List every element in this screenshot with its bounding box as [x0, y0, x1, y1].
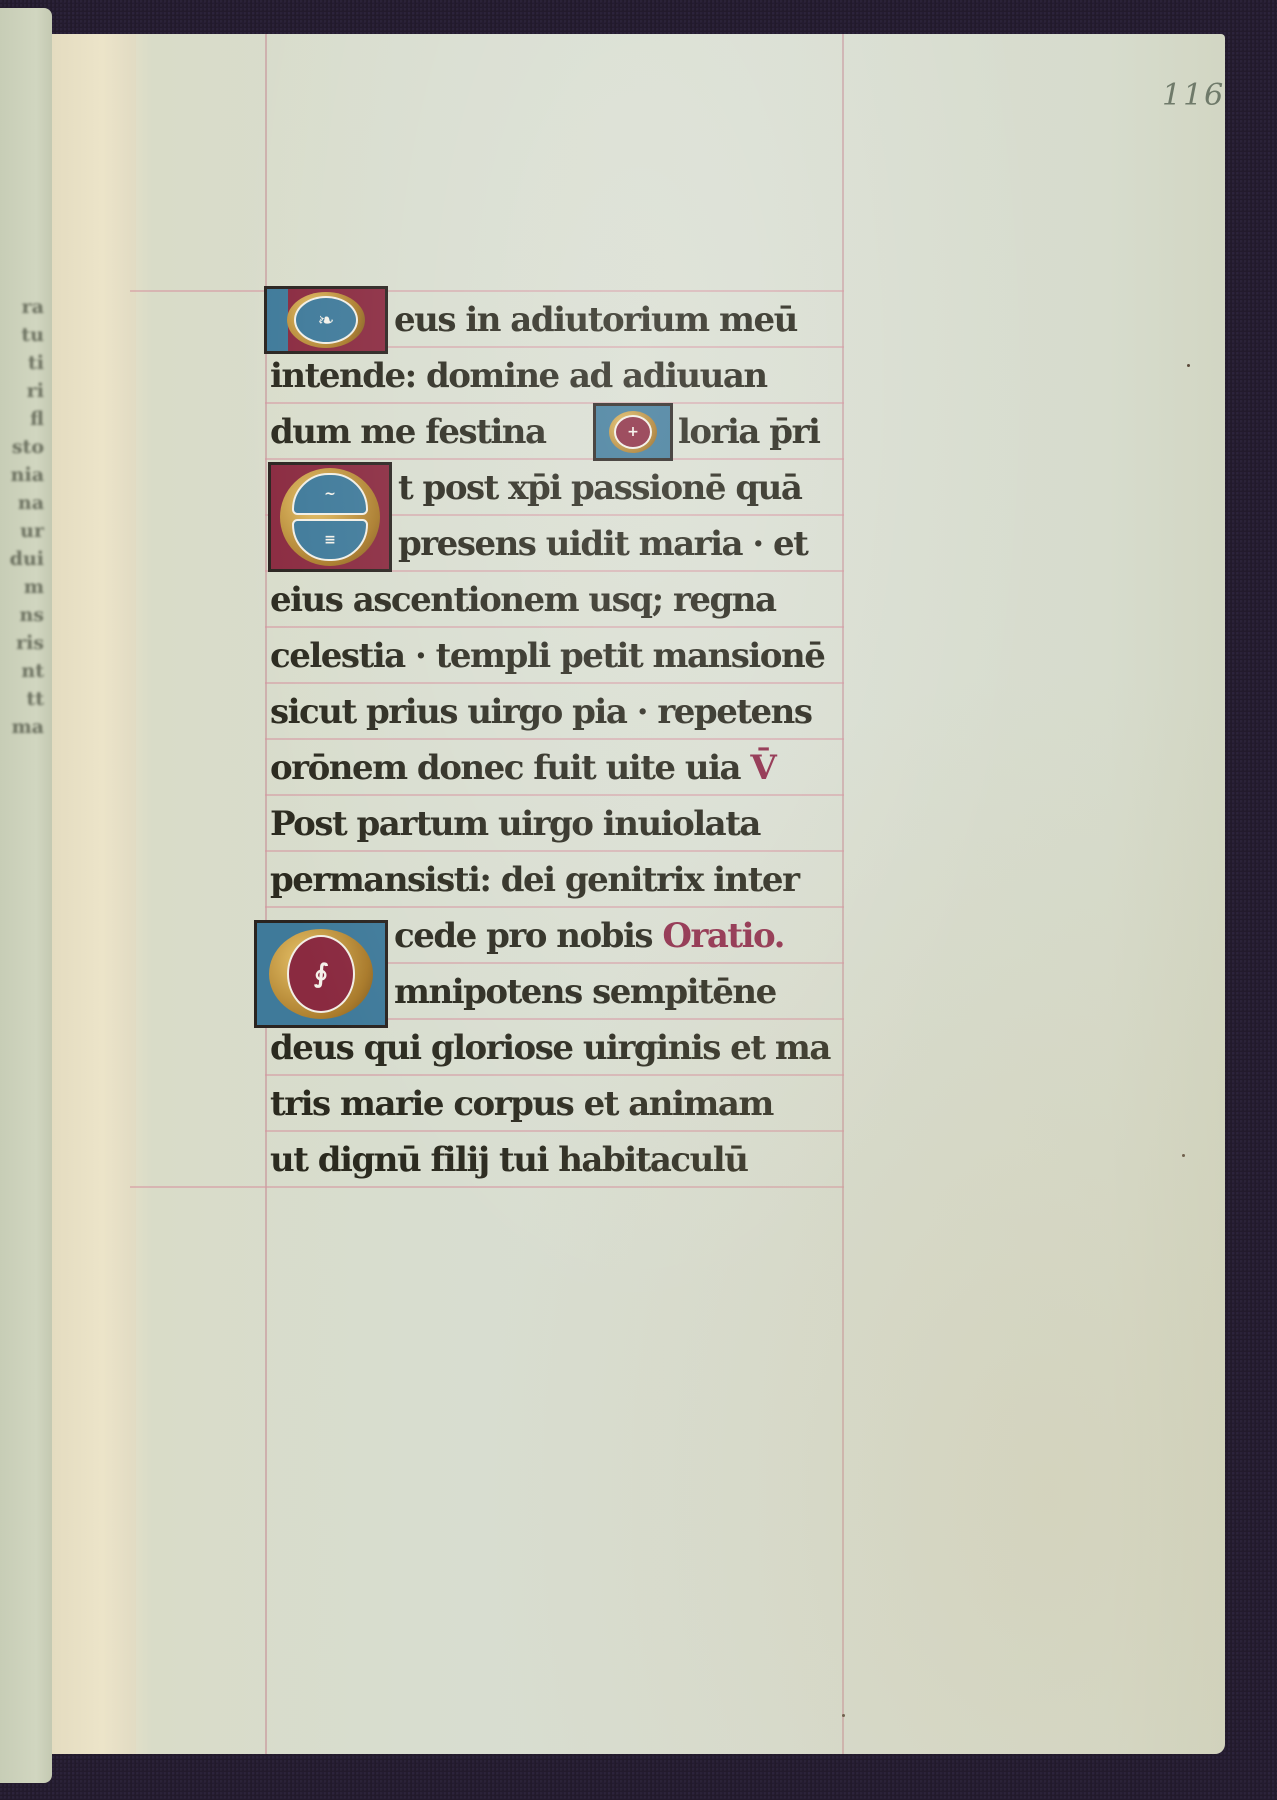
text-line-4: t post xp̄i passionē quā — [398, 460, 801, 516]
ruling-line-right — [842, 34, 844, 1754]
facing-fragment: ti — [0, 349, 44, 377]
text-line-15: tris marie corpus et animam — [270, 1076, 773, 1132]
prick-mark — [842, 1714, 845, 1717]
line-text: celestia · templi petit mansionē — [270, 636, 824, 676]
line-text: dum me festina — [270, 412, 546, 452]
initial-upper-bowl: ~ — [292, 473, 368, 515]
line-text: eus in adiutorium meū — [394, 300, 797, 340]
line-text: eius ascentionem usq; regna — [270, 580, 776, 620]
page-gutter — [52, 34, 136, 1754]
oratio-rubric: Oratio. — [662, 916, 784, 956]
manuscript-page: 116 ❧ + ~ ≡ ∮ — [52, 34, 1225, 1754]
facing-fragment: tu — [0, 321, 44, 349]
prick-mark — [1187, 364, 1190, 367]
facing-fragment: sto — [0, 433, 44, 461]
facing-fragment: ns — [0, 601, 44, 629]
initial-gold-ring: + — [609, 411, 657, 453]
text-line-5: presens uidit maria · et — [398, 516, 807, 572]
facing-fragment: m — [0, 573, 44, 601]
text-line-1: eus in adiutorium meū — [394, 292, 840, 348]
line-text: deus qui gloriose uirginis et ma — [270, 1028, 830, 1068]
facing-fragment: nt — [0, 657, 44, 685]
facing-fragment: fl — [0, 405, 44, 433]
prick-mark — [1182, 1154, 1185, 1157]
text-line-12: cede pro nobis Oratio. — [394, 908, 784, 964]
facing-fragment: ra — [0, 293, 44, 321]
versicle-rubric: V̄ — [750, 748, 775, 788]
decorated-initial-o: ∮ — [254, 920, 388, 1028]
text-line-10: Post partum uirgo inuiolata — [270, 796, 760, 852]
text-line-16: ut dignū filij tui habitaculū — [270, 1132, 747, 1188]
facing-fragment: tt — [0, 685, 44, 713]
facing-fragment: ris — [0, 629, 44, 657]
text-line-14: deus qui gloriose uirginis et ma — [270, 1020, 830, 1076]
line-text: mnipotens sempitēne — [394, 972, 776, 1012]
line-text: Post partum uirgo inuiolata — [270, 804, 760, 844]
line-text: presens uidit maria · et — [398, 524, 807, 564]
decorated-initial-d: ❧ — [264, 286, 388, 354]
line-text: sicut prius uirgo pia · repetens — [270, 692, 812, 732]
facing-page-edge: ra tu ti ri fl sto nia na ur dui m ns ri… — [0, 8, 52, 1783]
decorated-initial-g: + — [593, 403, 673, 461]
text-line-3: dum me festina — [270, 404, 546, 460]
line-text: t post xp̄i passionē quā — [398, 468, 801, 508]
text-line-8: sicut prius uirgo pia · repetens — [270, 684, 812, 740]
text-line-13: mnipotens sempitēne — [394, 964, 776, 1020]
facing-fragment: na — [0, 489, 44, 517]
line-text: cede pro nobis — [394, 916, 652, 956]
text-line-6: eius ascentionem usq; regna — [270, 572, 776, 628]
decorated-initial-e: ~ ≡ — [268, 462, 392, 572]
facing-fragment: ur — [0, 517, 44, 545]
facing-page-text: ra tu ti ri fl sto nia na ur dui m ns ri… — [0, 293, 44, 741]
text-line-2: intende: domine ad adiuuan — [270, 348, 767, 404]
line-text: permansisti: dei genitrix inter — [270, 860, 798, 900]
initial-gold-ring: ~ ≡ — [280, 468, 380, 566]
facing-fragment: nia — [0, 461, 44, 489]
text-line-9: orōnem donec fuit uite uia V̄ — [270, 740, 775, 796]
text-line-11: permansisti: dei genitrix inter — [270, 852, 798, 908]
initial-gold-ring: ❧ — [287, 292, 365, 348]
text-line-7: celestia · templi petit mansionē — [270, 628, 824, 684]
facing-fragment: ma — [0, 713, 44, 741]
facing-fragment: ri — [0, 377, 44, 405]
line-text: loria p̄ri — [678, 412, 819, 452]
facing-fragment: dui — [0, 545, 44, 573]
line-text: intende: domine ad adiuuan — [270, 356, 767, 396]
initial-gold-ring: ∮ — [269, 929, 373, 1019]
initial-core: ∮ — [287, 935, 355, 1013]
folio-number: 116 — [1162, 78, 1225, 113]
text-line-3-continuation: loria p̄ri — [678, 404, 819, 460]
initial-core: ❧ — [294, 296, 358, 344]
initial-lower-bowl: ≡ — [292, 519, 368, 561]
line-text: ut dignū filij tui habitaculū — [270, 1140, 747, 1180]
line-text: tris marie corpus et animam — [270, 1084, 773, 1124]
initial-core: + — [614, 415, 652, 449]
line-text: orōnem donec fuit uite uia — [270, 748, 740, 788]
